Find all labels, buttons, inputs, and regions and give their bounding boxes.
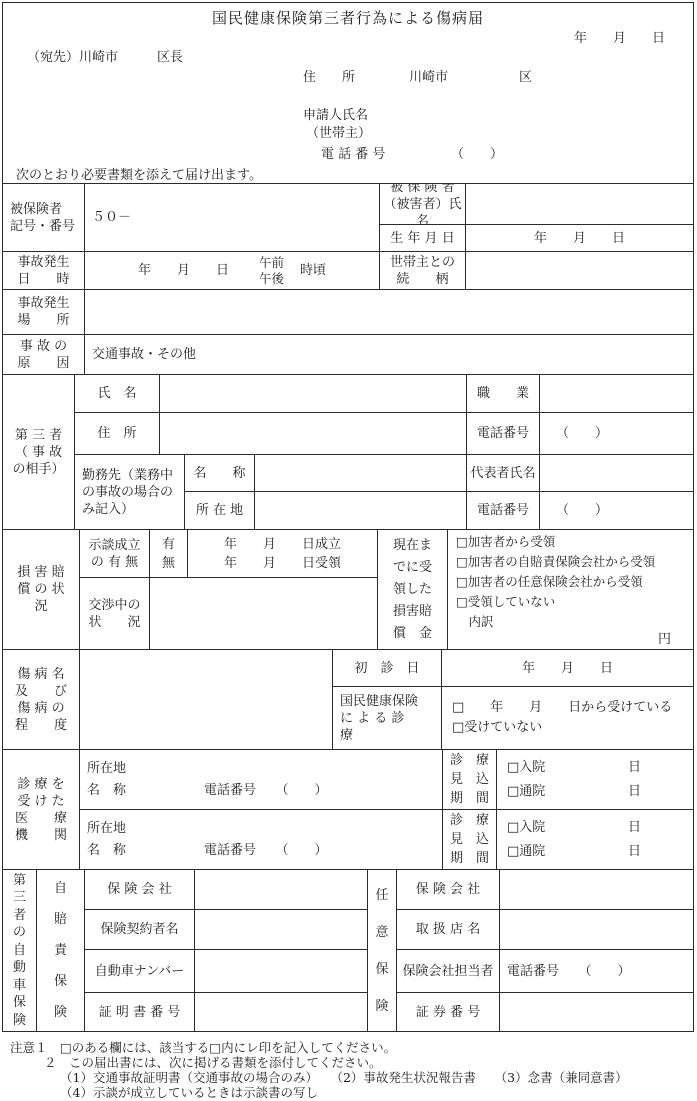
auto-insurance-section-label: 第 三 者 の 自 動 車 保 険 bbox=[3, 870, 37, 1031]
settlement-dates[interactable]: 年 月 日成立 年 月 日受領 bbox=[188, 530, 378, 578]
accident-cause-value[interactable]: 交通事故・その他 bbox=[85, 335, 693, 375]
received-options[interactable]: □加害者から受領 □加害者の自賠責保険会社から受領 □加害者の任意保険会社から受… bbox=[456, 532, 685, 632]
tp-work-name-label: 名 称 bbox=[185, 455, 255, 492]
insured-name-value[interactable] bbox=[466, 183, 693, 225]
tp-addr-label: 住 所 bbox=[75, 413, 160, 455]
tp-name-label: 氏 名 bbox=[75, 375, 160, 413]
nini-agency-value[interactable] bbox=[500, 910, 693, 950]
address-ward: 区 bbox=[519, 66, 532, 85]
third-party-section-label: 第 三 者 （ 事 故 の相手） bbox=[3, 375, 75, 530]
jibai-certificate-label: 証 明 書 番 号 bbox=[85, 993, 195, 1031]
jibai-policyholder-value[interactable] bbox=[195, 910, 368, 950]
accident-place-value[interactable] bbox=[85, 290, 693, 335]
insured-symbol-label: 被保険者 記号・番号 bbox=[3, 183, 85, 252]
tp-work-phone-value[interactable]: （ ） bbox=[540, 492, 693, 530]
tp-work-name-value[interactable] bbox=[255, 455, 467, 492]
tp-job-label: 職 業 bbox=[467, 375, 540, 413]
first-visit-value[interactable]: 年 月 日 bbox=[442, 650, 693, 687]
medical-row2-period-label: 診 療 見 込 期 間 bbox=[443, 810, 497, 870]
tp-work-phone-label: 電話番号 bbox=[467, 492, 540, 530]
relation-value[interactable] bbox=[466, 252, 693, 290]
received-label: 現在ま でに受 領した 損害賠 償 金 bbox=[378, 530, 448, 650]
nini-contact-label: 保険会社担当者 bbox=[397, 950, 500, 993]
addressee: （宛先）川崎市 区長 bbox=[27, 46, 183, 65]
applicant-sub-label: （世帯主） bbox=[306, 122, 371, 141]
address-city: 川崎市 bbox=[409, 66, 448, 85]
medical-section-label: 診 療 を 受 け た 医 療 機 関 bbox=[3, 750, 80, 870]
accident-ampm[interactable]: 午前 午後 bbox=[259, 255, 284, 287]
settlement-label: 示談成立 の 有 無 bbox=[80, 530, 150, 578]
tp-phone-label: 電話番号 bbox=[467, 413, 540, 455]
outpatient-checkbox[interactable]: □通院 bbox=[507, 842, 545, 862]
medical-row2-info[interactable]: 所在地 名 称 電話番号 （ ） bbox=[80, 810, 443, 870]
tp-phone-value[interactable]: （ ） bbox=[540, 413, 693, 455]
first-visit-label: 初 診 日 bbox=[333, 650, 442, 687]
jibai-certificate-value[interactable] bbox=[195, 993, 368, 1031]
medical-row1-info[interactable]: 所在地 名 称 電話番号 （ ） bbox=[80, 750, 443, 810]
tp-rep-value[interactable] bbox=[540, 455, 693, 492]
nhi-treatment-label: 国民健康保険 に よ る 診 療 bbox=[333, 687, 442, 750]
tp-workplace-label: 勤務先（業務中 の事故の場合の み記入） bbox=[75, 455, 185, 530]
tp-rep-label: 代表者氏名 bbox=[467, 455, 540, 492]
accident-cause-label: 事 故 の 原 因 bbox=[3, 335, 85, 375]
admission-checkbox[interactable]: □入院 bbox=[507, 818, 545, 838]
jibai-company-label: 保 険 会 社 bbox=[85, 870, 195, 910]
header-phone-value[interactable]: （ ） bbox=[451, 143, 503, 162]
jibai-carnumber-label: 自動車ナンバー bbox=[85, 950, 195, 993]
medical-row2-period-checkboxes[interactable]: □入院日 □通院日 bbox=[497, 810, 693, 870]
insured-symbol-value[interactable]: ５０－ bbox=[85, 183, 380, 252]
negotiation-value[interactable] bbox=[150, 578, 378, 650]
jibai-section-label: 自 賠 責 保 険 bbox=[37, 870, 85, 1031]
nini-contact-phone-value[interactable]: 電話番号 （ ） bbox=[500, 950, 693, 993]
tp-work-addr-label: 所 在 地 bbox=[185, 492, 255, 530]
negotiation-label: 交渉中の 状 況 bbox=[80, 578, 150, 650]
form-title: 国民健康保険第三者行為による傷病届 bbox=[3, 7, 693, 28]
tp-job-value[interactable] bbox=[540, 375, 693, 413]
admission-days-label: 日 bbox=[628, 818, 641, 838]
damages-section-label: 損 害 賠 償 の 状 況 bbox=[3, 530, 80, 650]
accident-time[interactable]: 時頃 bbox=[300, 262, 326, 279]
outpatient-days-label: 日 bbox=[628, 782, 641, 802]
received-checkboxes[interactable]: □加害者から受領 □加害者の自賠責保険会社から受領 □加害者の任意保険会社から受… bbox=[448, 530, 693, 650]
header-date[interactable]: 年 月 日 bbox=[574, 27, 665, 46]
nini-policy-number-value[interactable] bbox=[500, 993, 693, 1031]
applicant-label: 申請人氏名 bbox=[303, 104, 368, 123]
birthdate-value[interactable]: 年 月 日 bbox=[466, 225, 693, 252]
injury-section-label: 傷 病 名 及 び 傷 病 の 程 度 bbox=[3, 650, 80, 750]
admission-checkbox[interactable]: □入院 bbox=[507, 758, 545, 778]
jibai-policyholder-label: 保険契約者名 bbox=[85, 910, 195, 950]
relation-label: 世帯主との 続 柄 bbox=[380, 252, 466, 290]
outpatient-days-label: 日 bbox=[628, 842, 641, 862]
accident-datetime-label: 事故発生 日 時 bbox=[3, 252, 85, 290]
admission-days-label: 日 bbox=[628, 758, 641, 778]
nhi-treatment-checkboxes[interactable]: □ 年 月 日から受けている □受けていない bbox=[442, 687, 693, 750]
outpatient-checkbox[interactable]: □通院 bbox=[507, 782, 545, 802]
settlement-options[interactable]: 有 無 bbox=[150, 530, 188, 578]
nini-section-label: 任 意 保 険 bbox=[368, 870, 397, 1031]
jibai-carnumber-value[interactable] bbox=[195, 950, 368, 993]
jibai-company-value[interactable] bbox=[195, 870, 368, 910]
accident-date[interactable]: 年 月 日 bbox=[138, 262, 229, 279]
tp-work-addr-value[interactable] bbox=[255, 492, 467, 530]
received-unit-yen: 円 bbox=[456, 632, 685, 647]
note-line-4: （4）示談が成立しているときは示談書の写し bbox=[60, 1083, 318, 1101]
tp-addr-value[interactable] bbox=[160, 413, 467, 455]
nini-company-value[interactable] bbox=[500, 870, 693, 910]
injury-detail-value[interactable] bbox=[80, 650, 333, 750]
birthdate-label: 生 年 月 日 bbox=[380, 225, 466, 252]
declaration-text: 次のとおり必要書類を添えて届け出ます。 bbox=[16, 164, 262, 183]
nini-company-label: 保 険 会 社 bbox=[397, 870, 500, 910]
header-phone-label: 電 話 番 号 bbox=[321, 143, 385, 162]
form-page: 国民健康保険第三者行為による傷病届 年 月 日 （宛先）川崎市 区長 住 所 川… bbox=[2, 2, 694, 1032]
address-label: 住 所 bbox=[303, 66, 355, 85]
medical-row1-period-checkboxes[interactable]: □入院日 □通院日 bbox=[497, 750, 693, 810]
tp-name-value[interactable] bbox=[160, 375, 467, 413]
nini-policy-number-label: 証 券 番 号 bbox=[397, 993, 500, 1031]
nini-agency-label: 取 扱 店 名 bbox=[397, 910, 500, 950]
accident-datetime-value[interactable]: 年 月 日 午前 午後 時頃 bbox=[85, 252, 380, 290]
accident-place-label: 事故発生 場 所 bbox=[3, 290, 85, 335]
medical-row1-period-label: 診 療 見 込 期 間 bbox=[443, 750, 497, 810]
insured-name-label: 被 保 険 者 （被害者）氏名 bbox=[380, 183, 466, 225]
